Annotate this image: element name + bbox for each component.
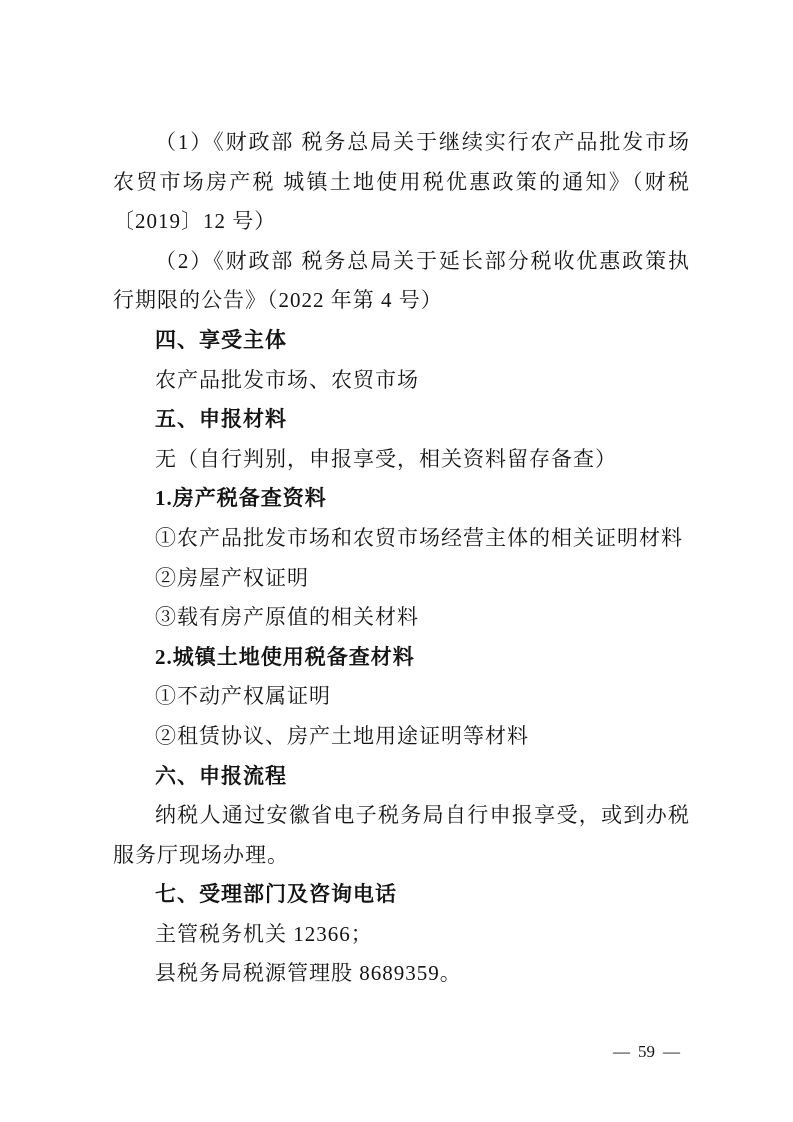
document-body: （1）《财政部 税务总局关于继续实行农产品批发市场 农贸市场房产税 城镇土地使用… [113, 123, 690, 994]
page-footer: — 59 — [613, 1042, 680, 1062]
section-5-heading: 五、申报材料 [113, 400, 690, 440]
land-use-tax-item-1: ①不动产权属证明 [113, 677, 690, 717]
section-7-heading: 七、受理部门及咨询电话 [113, 875, 690, 915]
property-tax-subheading: 1.房产税备查资料 [113, 479, 690, 519]
policy-reference-1-line-1: （1）《财政部 税务总局关于继续实行农产品批发市场 [113, 123, 690, 163]
contact-county-bureau-line: 县税务局税源管理股 8689359。 [113, 954, 690, 994]
policy-reference-2-line-2: 行期限的公告》（2022 年第 4 号） [113, 281, 690, 321]
filing-materials-text: 无（自行判别，申报享受，相关资料留存备查） [113, 440, 690, 480]
footer-dash-left: — [613, 1042, 630, 1062]
filing-process-line-2: 服务厅现场办理。 [113, 836, 690, 876]
property-tax-item-2: ②房屋产权证明 [113, 559, 690, 599]
document-page: （1）《财政部 税务总局关于继续实行农产品批发市场 农贸市场房产税 城镇土地使用… [0, 0, 793, 1122]
footer-dash-right: — [663, 1042, 680, 1062]
property-tax-item-3: ③载有房产原值的相关材料 [113, 598, 690, 638]
land-use-tax-subheading: 2.城镇土地使用税备查材料 [113, 638, 690, 678]
section-6-heading: 六、申报流程 [113, 757, 690, 797]
policy-reference-1-line-3: 〔2019〕12 号） [113, 202, 690, 242]
filing-process-line-1: 纳税人通过安徽省电子税务局自行申报享受，或到办税 [113, 796, 690, 836]
land-use-tax-item-2: ②租赁协议、房产土地用途证明等材料 [113, 717, 690, 757]
beneficiaries-text: 农产品批发市场、农贸市场 [113, 361, 690, 401]
policy-reference-1-line-2: 农贸市场房产税 城镇土地使用税优惠政策的通知》（财税 [113, 163, 690, 203]
page-number: 59 [638, 1042, 655, 1062]
policy-reference-2-line-1: （2）《财政部 税务总局关于延长部分税收优惠政策执 [113, 242, 690, 282]
property-tax-item-1: ①农产品批发市场和农贸市场经营主体的相关证明材料 [113, 519, 690, 559]
contact-tax-authority-line: 主管税务机关 12366； [113, 915, 690, 955]
section-4-heading: 四、享受主体 [113, 321, 690, 361]
